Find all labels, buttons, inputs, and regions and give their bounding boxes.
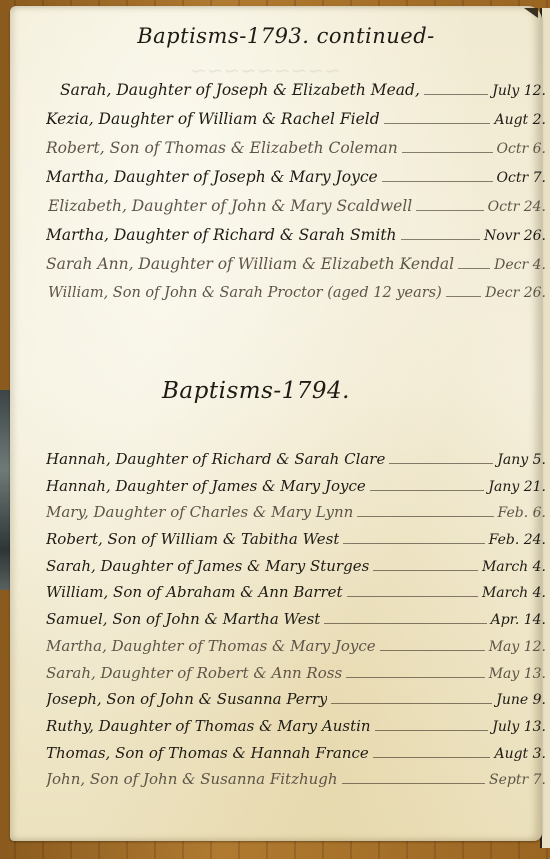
entry-dash: [331, 703, 492, 704]
entry-date: May 12.: [489, 634, 546, 661]
entry-text: Sarah, Daughter of Robert & Ann Ross: [46, 660, 342, 687]
entry-dash: [370, 490, 485, 491]
baptism-entry: Martha, Daughter of Joseph & Mary JoyceO…: [46, 163, 546, 192]
entry-dash: [373, 570, 478, 571]
entry-text: Robert, Son of Thomas & Elizabeth Colema…: [46, 134, 398, 163]
baptism-entry: Mary, Daughter of Charles & Mary LynnFeb…: [46, 499, 546, 526]
entry-dash: [324, 623, 486, 624]
entry-text: Ruthy, Daughter of Thomas & Mary Austin: [46, 713, 371, 740]
entry-date: July 13.: [492, 714, 546, 741]
entry-text: Sarah, Daughter of James & Mary Sturges: [46, 553, 369, 580]
entry-date: Augt 2.: [494, 106, 546, 135]
baptism-entry: Sarah, Daughter of Joseph & Elizabeth Me…: [60, 76, 546, 105]
entry-text: Martha, Daughter of Joseph & Mary Joyce: [46, 163, 378, 192]
entry-text: Joseph, Son of John & Susanna Perry: [46, 686, 327, 713]
entry-dash: [343, 543, 484, 544]
entry-text: Robert, Son of William & Tabitha West: [46, 526, 339, 553]
entry-dash: [380, 650, 485, 651]
entry-date: Novr 26.: [484, 222, 546, 251]
baptism-entry: Robert, Son of William & Tabitha WestFeb…: [46, 526, 546, 553]
entry-date: July 12.: [492, 77, 546, 106]
baptism-entry: Elizabeth, Daughter of John & Mary Scald…: [48, 192, 546, 221]
baptism-list-1794: Hannah, Daughter of Richard & Sarah Clar…: [46, 446, 546, 793]
baptism-entry: Sarah Ann, Daughter of William & Elizabe…: [46, 250, 546, 279]
entry-dash: [446, 296, 481, 297]
entry-dash: [384, 123, 491, 124]
baptism-entry: Hannah, Daughter of Richard & Sarah Clar…: [46, 446, 546, 473]
entry-dash: [342, 783, 485, 784]
register-page: ~~~~~~~~~ Baptisms-1793. continued- Sara…: [10, 6, 542, 841]
entry-text: Hannah, Daughter of Richard & Sarah Clar…: [46, 446, 385, 473]
baptism-entry: Sarah, Daughter of Robert & Ann RossMay …: [46, 660, 546, 687]
baptism-entry: Thomas, Son of Thomas & Hannah FranceAug…: [46, 740, 546, 767]
baptism-entry: Martha, Daughter of Thomas & Mary JoyceM…: [46, 633, 546, 660]
entry-dash: [357, 516, 493, 517]
baptism-list-1793: Sarah, Daughter of Joseph & Elizabeth Me…: [46, 76, 546, 308]
entry-date: Jany 5.: [497, 447, 546, 474]
entry-dash: [375, 730, 489, 731]
entry-date: Decr 4.: [494, 251, 546, 280]
entry-text: Sarah, Daughter of Joseph & Elizabeth Me…: [60, 76, 420, 105]
entry-text: William, Son of John & Sarah Proctor (ag…: [48, 279, 442, 308]
entry-text: William, Son of Abraham & Ann Barret: [46, 579, 343, 606]
entry-dash: [347, 596, 478, 597]
baptism-entry: Martha, Daughter of Richard & Sarah Smit…: [46, 221, 546, 250]
entry-date: Octr 7.: [497, 164, 546, 193]
baptism-entry: Joseph, Son of John & Susanna PerryJune …: [46, 686, 546, 713]
entry-dash: [424, 94, 488, 95]
entry-dash: [402, 152, 493, 153]
baptism-entry: Sarah, Daughter of James & Mary SturgesM…: [46, 553, 546, 580]
baptism-entry: John, Son of John & Susanna FitzhughSept…: [46, 766, 546, 793]
entry-text: Kezia, Daughter of William & Rachel Fiel…: [46, 105, 380, 134]
baptism-entry: William, Son of Abraham & Ann BarretMarc…: [46, 579, 546, 606]
entry-date: Feb. 24.: [489, 527, 546, 554]
entry-date: Septr 7.: [489, 767, 546, 794]
baptism-entry: Ruthy, Daughter of Thomas & Mary AustinJ…: [46, 713, 546, 740]
entry-text: Hannah, Daughter of James & Mary Joyce: [46, 473, 366, 500]
entry-date: Jany 21.: [488, 474, 546, 501]
entry-date: Octr 6.: [497, 135, 546, 164]
entry-text: Sarah Ann, Daughter of William & Elizabe…: [46, 250, 454, 279]
entry-text: Martha, Daughter of Thomas & Mary Joyce: [46, 633, 376, 660]
entry-dash: [458, 268, 490, 269]
entry-text: Mary, Daughter of Charles & Mary Lynn: [46, 499, 353, 526]
baptism-entry: Robert, Son of Thomas & Elizabeth Colema…: [46, 134, 546, 163]
entry-date: Decr 26.: [485, 279, 546, 308]
entry-date: Feb. 6.: [498, 500, 546, 527]
entry-text: Martha, Daughter of Richard & Sarah Smit…: [46, 221, 397, 250]
entry-text: John, Son of John & Susanna Fitzhugh: [46, 766, 338, 793]
entry-date: May 13.: [489, 661, 546, 688]
entry-text: Elizabeth, Daughter of John & Mary Scald…: [48, 192, 412, 221]
entry-date: Apr. 14.: [491, 607, 546, 634]
entry-dash: [373, 757, 491, 758]
baptism-entry: William, Son of John & Sarah Proctor (ag…: [48, 279, 546, 308]
baptism-entry: Hannah, Daughter of James & Mary JoyceJa…: [46, 473, 546, 500]
page-corner: [524, 8, 538, 18]
entry-date: March 4.: [482, 554, 546, 581]
entry-date: Augt 3.: [494, 741, 546, 768]
entry-dash: [382, 181, 493, 182]
entry-dash: [401, 239, 480, 240]
entry-date: March 4.: [482, 580, 546, 607]
entry-dash: [389, 463, 493, 464]
entry-dash: [346, 677, 485, 678]
section-heading-1793: Baptisms-1793. continued-: [20, 24, 550, 48]
entry-text: Samuel, Son of John & Martha West: [46, 606, 320, 633]
entry-date: June 9.: [496, 687, 546, 714]
section-heading-1794: Baptisms-1794.: [0, 378, 522, 404]
entry-text: Thomas, Son of Thomas & Hannah France: [46, 740, 369, 767]
baptism-entry: Kezia, Daughter of William & Rachel Fiel…: [46, 105, 546, 134]
entry-dash: [416, 210, 483, 211]
entry-date: Octr 24.: [488, 193, 546, 222]
baptism-entry: Samuel, Son of John & Martha WestApr. 14…: [46, 606, 546, 633]
